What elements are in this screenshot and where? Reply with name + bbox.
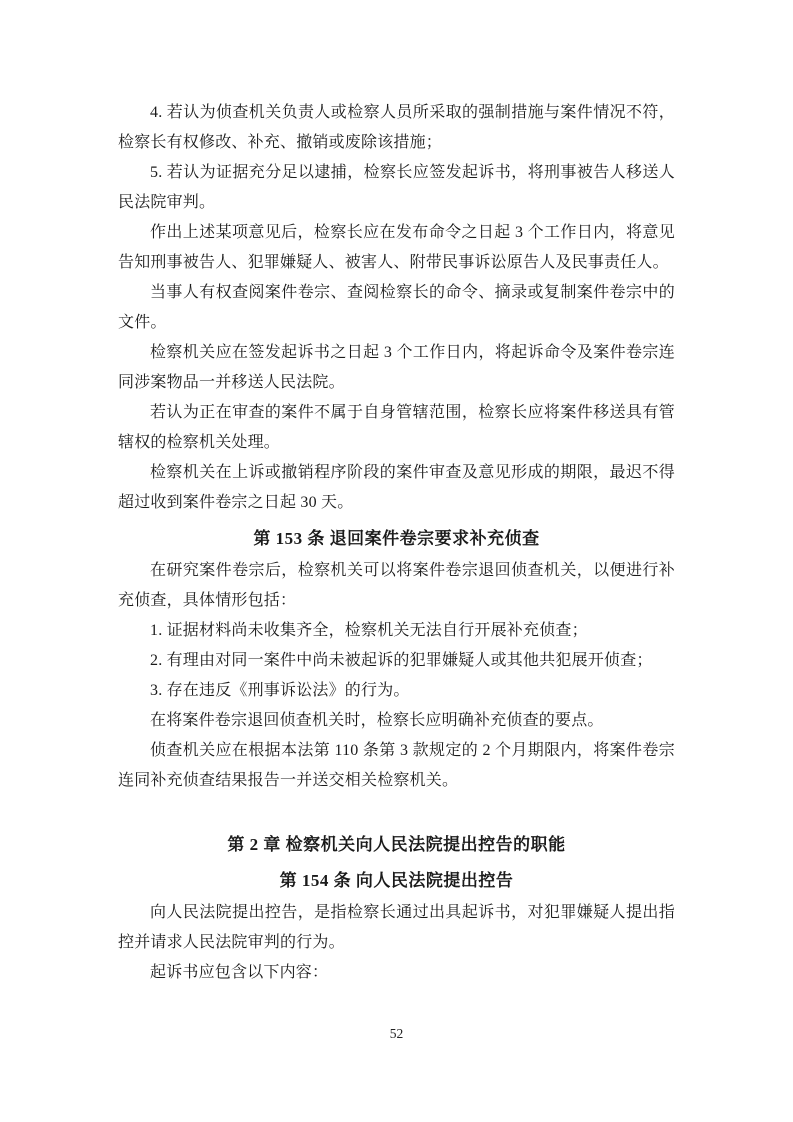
paragraph: 在研究案件卷宗后，检察机关可以将案件卷宗退回侦查机关，以便进行补充侦查，具体情形… [118, 556, 675, 616]
paragraph: 作出上述某项意见后，检察长应在发布命令之日起 3 个工作日内，将意见告知刑事被告… [118, 218, 675, 278]
list-item-1: 1. 证据材料尚未收集齐全，检察机关无法自行开展补充侦查； [118, 616, 675, 646]
paragraph: 若认为正在审查的案件不属于自身管辖范围，检察长应将案件移送具有管辖权的检察机关处… [118, 398, 675, 458]
page-number: 52 [0, 1026, 793, 1042]
paragraph-item-5: 5. 若认为证据充分足以逮捕，检察长应签发起诉书，将刑事被告人移送人民法院审判。 [118, 158, 675, 218]
paragraph: 当事人有权查阅案件卷宗、查阅检察长的命令、摘录或复制案件卷宗中的文件。 [118, 278, 675, 338]
paragraph: 检察机关应在签发起诉书之日起 3 个工作日内，将起诉命令及案件卷宗连同涉案物品一… [118, 338, 675, 398]
article-heading-154: 第 154 条 向人民法院提出控告 [118, 866, 675, 896]
paragraph: 检察机关在上诉或撤销程序阶段的案件审查及意见形成的期限，最迟不得超过收到案件卷宗… [118, 458, 675, 518]
paragraph: 向人民法院提出控告，是指检察长通过出具起诉书，对犯罪嫌疑人提出指控并请求人民法院… [118, 898, 675, 958]
paragraph: 起诉书应包含以下内容： [118, 958, 675, 988]
paragraph-item-4: 4. 若认为侦查机关负责人或检察人员所采取的强制措施与案件情况不符，检察长有权修… [118, 98, 675, 158]
paragraph: 侦查机关应在根据本法第 110 条第 3 款规定的 2 个月期限内，将案件卷宗连… [118, 736, 675, 796]
list-item-3: 3. 存在违反《刑事诉讼法》的行为。 [118, 676, 675, 706]
document-page: 4. 若认为侦查机关负责人或检察人员所采取的强制措施与案件情况不符，检察长有权修… [0, 0, 793, 1122]
chapter-heading-2: 第 2 章 检察机关向人民法院提出控告的职能 [118, 830, 675, 860]
list-item-2: 2. 有理由对同一案件中尚未被起诉的犯罪嫌疑人或其他共犯展开侦查； [118, 646, 675, 676]
paragraph: 在将案件卷宗退回侦查机关时，检察长应明确补充侦查的要点。 [118, 706, 675, 736]
article-heading-153: 第 153 条 退回案件卷宗要求补充侦查 [118, 524, 675, 554]
